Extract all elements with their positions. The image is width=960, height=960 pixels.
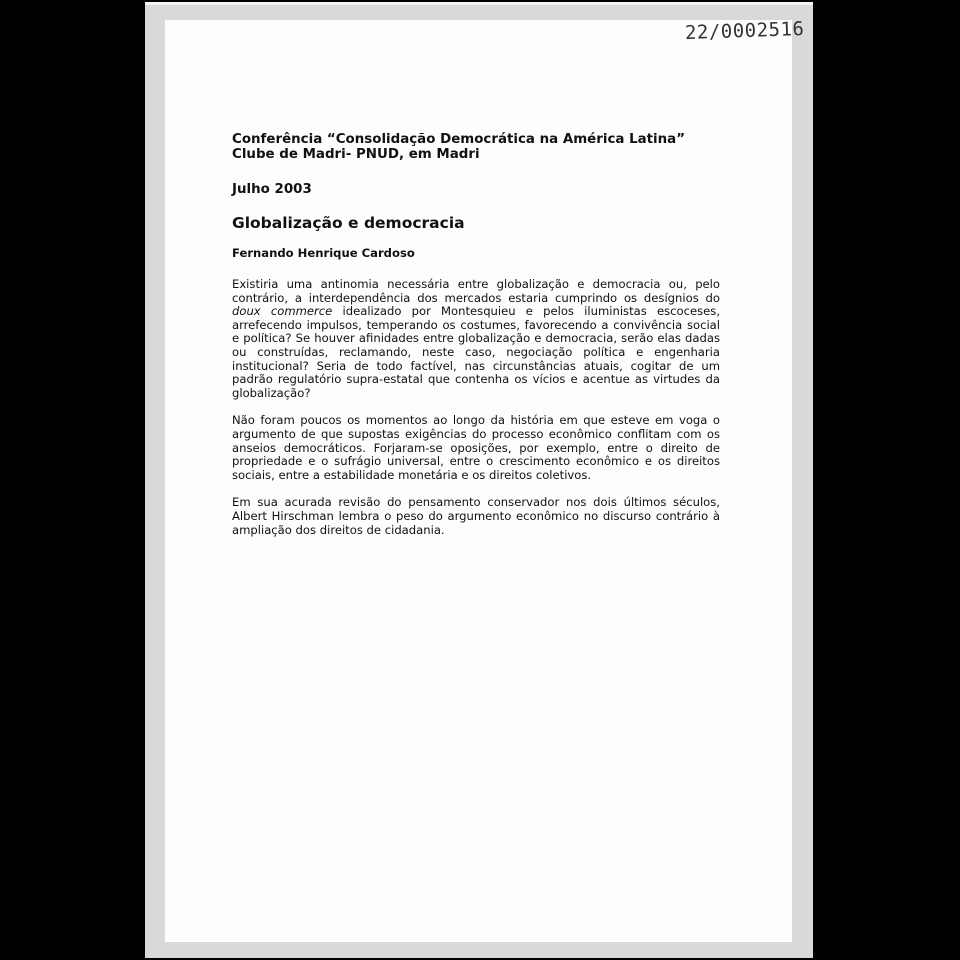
conference-venue: Clube de Madri- PNUD, em Madri: [232, 147, 720, 162]
paragraph-1: Existiria uma antinomia necessária entre…: [232, 278, 720, 400]
italic-term: doux commerce: [232, 304, 332, 318]
scanned-page-frame: 22/0002516 Conferência “Consolidação Dem…: [145, 2, 813, 958]
document-author: Fernando Henrique Cardoso: [232, 246, 720, 260]
document-date: Julho 2003: [232, 182, 720, 197]
document-title: Globalização e democracia: [232, 214, 720, 232]
document-page: 22/0002516 Conferência “Consolidação Dem…: [165, 20, 792, 942]
archive-stamp: 22/0002516: [685, 18, 805, 44]
page-edge: [145, 2, 813, 5]
paragraph-2: Não foram poucos os momentos ao longo da…: [232, 414, 720, 482]
document-content: Conferência “Consolidação Democrática na…: [232, 132, 720, 537]
conference-title: Conferência “Consolidação Democrática na…: [232, 132, 720, 147]
paragraph-3: Em sua acurada revisão do pensamento con…: [232, 496, 720, 537]
